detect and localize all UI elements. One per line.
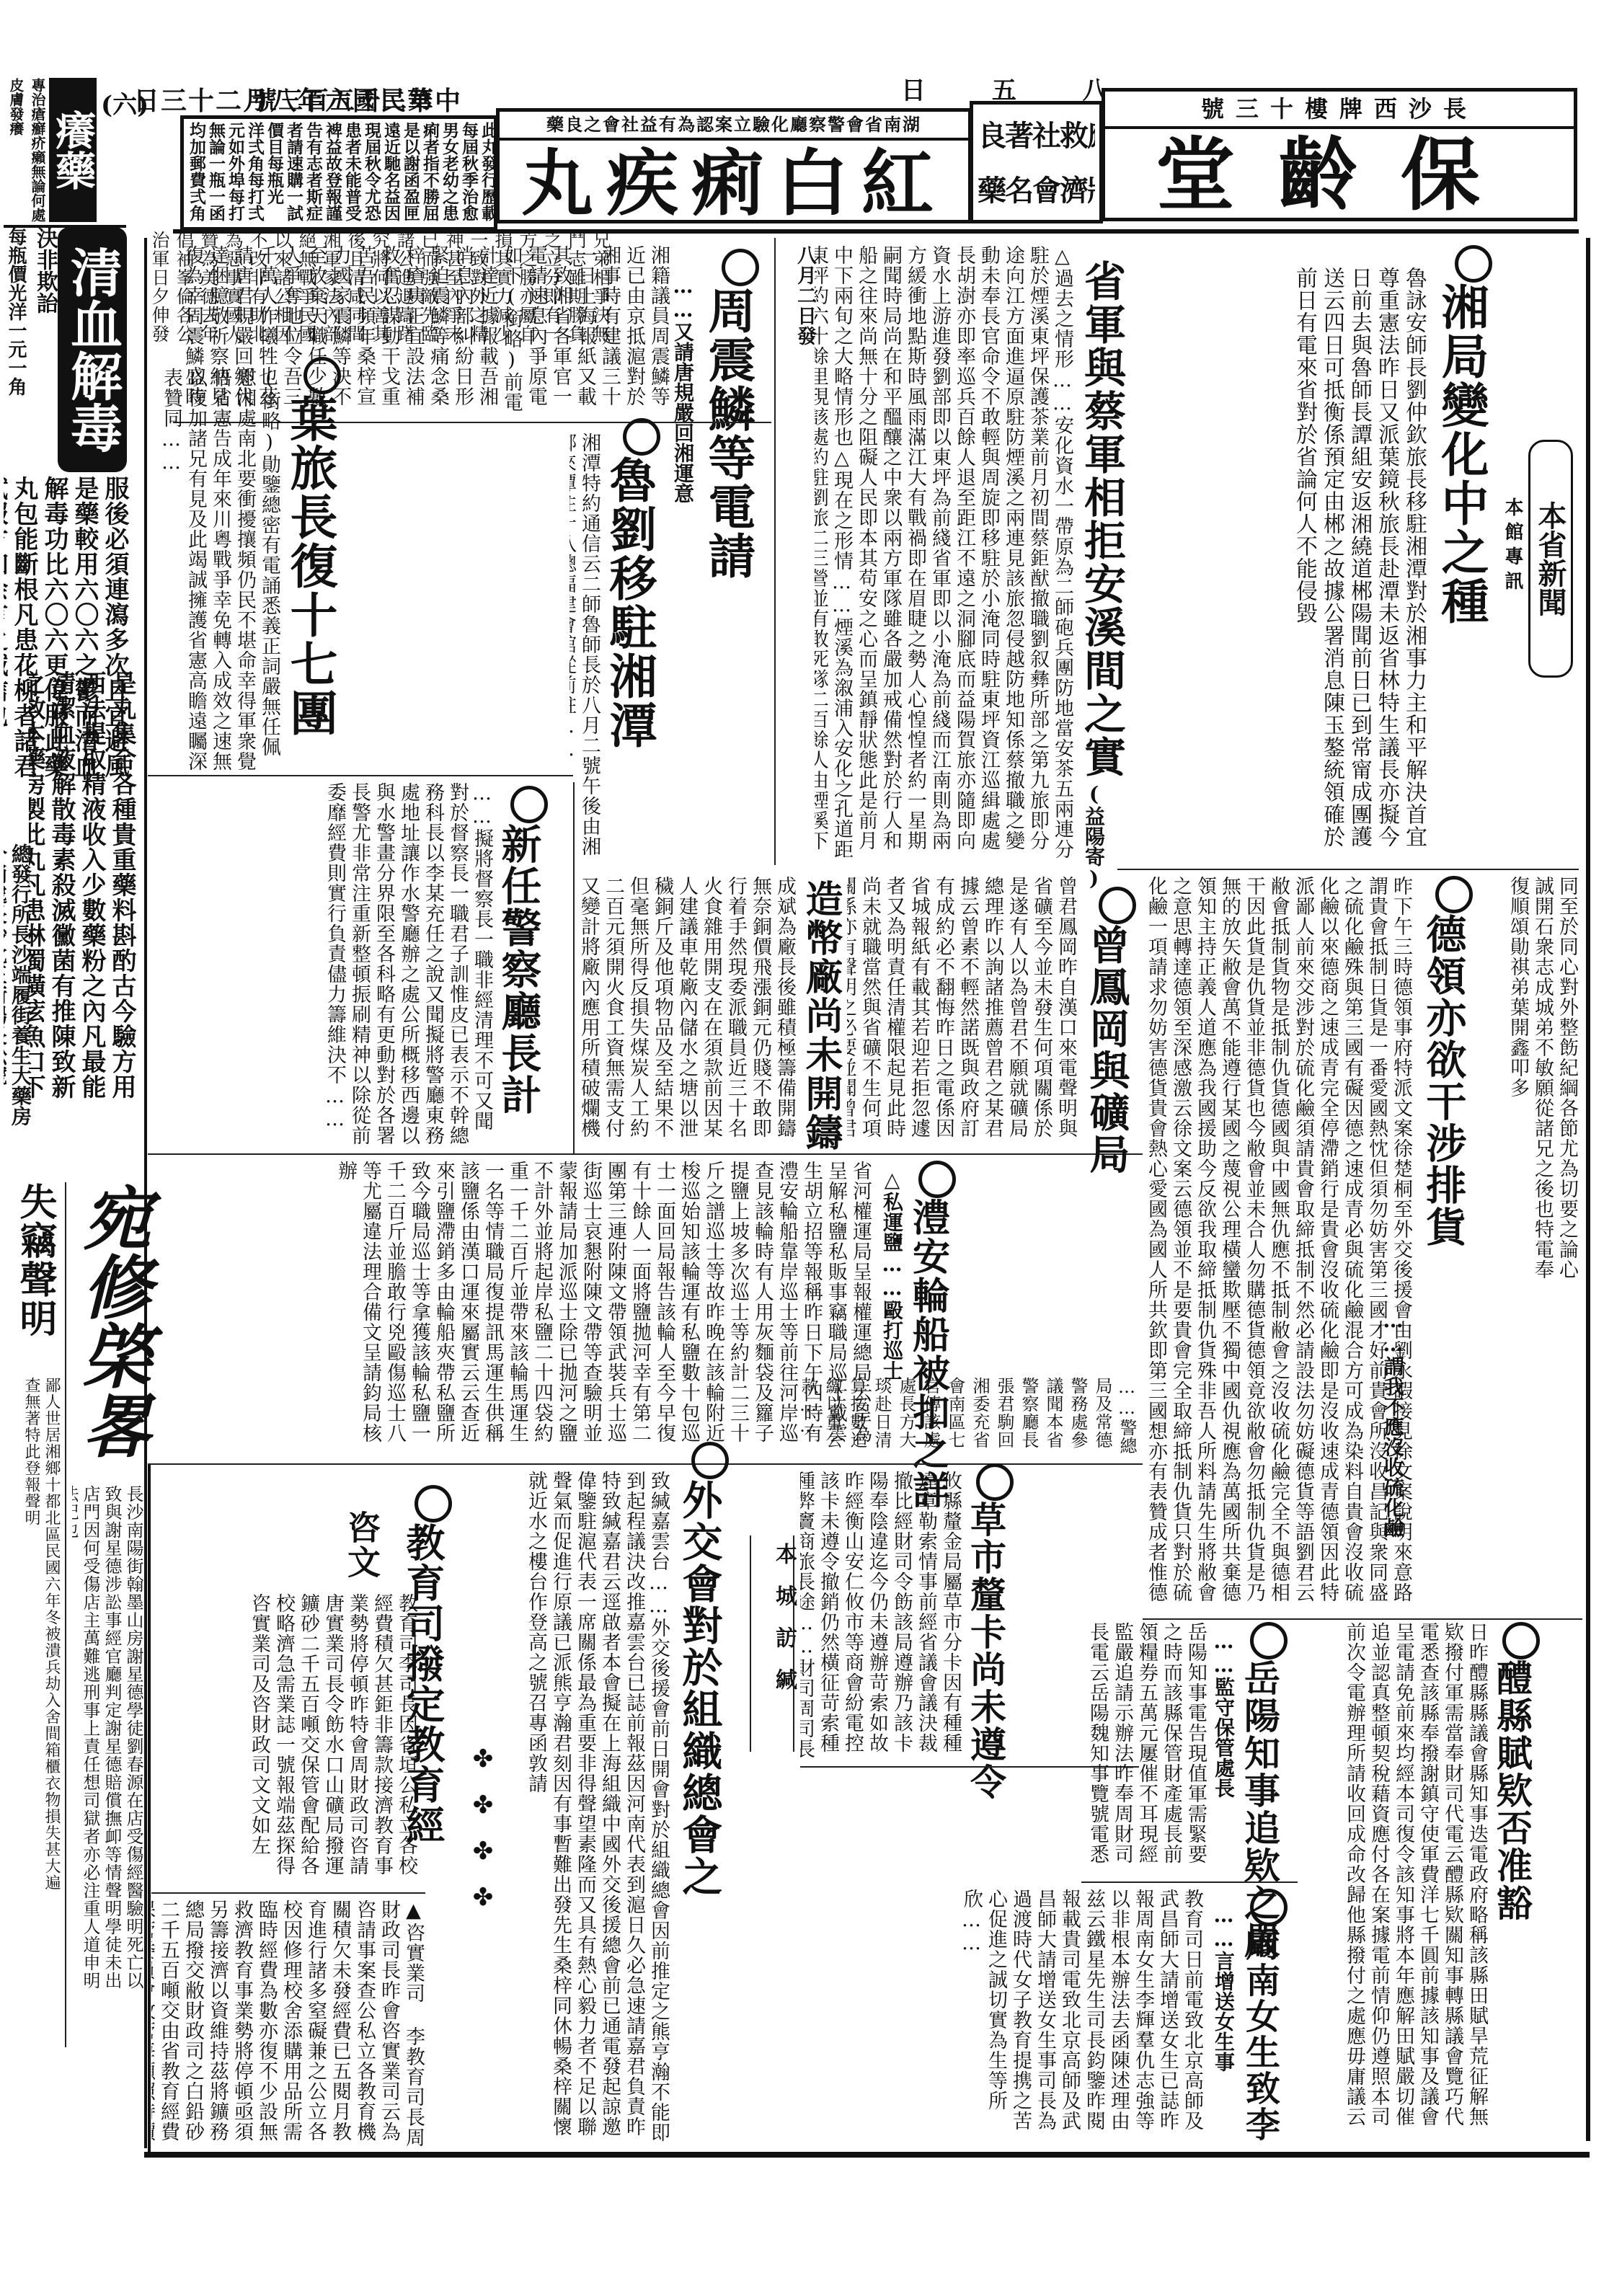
bullet-circle-icon [1502,1622,1540,1659]
article-de-ling-body: 昨下午三時德領事府特派文案徐楚桐至外交後援會由劉永嘏接見徐文案說明來意路謂貴會抵… [1146,876,1413,1611]
bullet-circle-icon [976,1463,1014,1501]
wanmiao-title: 宛修棨畧 [76,1182,148,1485]
bullet-circle-icon [1250,1889,1288,1926]
article-jiao-yu-extra: ▲咨實業司 李教育司長周財政司長昨會咨實業司云為咨請事案查公私立各教育機關積欠未… [151,1900,425,2148]
article-sheng-jun-body: △過去之情形……安化資水一帶原為二師砲兵團防地當安茶五兩連分駐於煙溪東坪保護茶業… [815,245,1074,865]
divider [65,1182,66,2047]
article-sheng-jun-body-cont: 八月二日發 [782,245,817,865]
article-cao-shi-top: ……警總局及常德警務處參議聞本省警察廳長張君駒回湘委充省會南區七官傳該處處長方大… [800,1377,1139,1463]
divider [750,1535,751,1752]
itch-medicine-ad-text: 專治瘡癬疥癩無論何處皮膚發癢 [4,78,48,222]
bullet-circle-icon [623,418,660,456]
article-wai-jiao-body: 致緘嘉雲台……外交後援會前日開會對於組織總會因前推定之熊亨瀚不能即到起程議決改推… [497,1471,670,2148]
qingxue-price-1: 決非欺詒 [32,227,57,314]
article-yue-body: 岳陽知事電告現值軍需緊要之時而該縣保管財產處長前領糧券五萬元屢催不耳現經監嚴追請… [1089,1622,1207,1874]
bullet-circle-icon [303,357,341,394]
red-white-pill-ad: 藥良之會社益有為認案立驗化廳察警會省南湖 丸疾痢白紅 [496,108,972,223]
qiuying-line1: 良著社救應秋 [978,109,1095,164]
wanmiao-text: 長沙南陽街翰墨山房謝星德學徒劉春源在店受傷經醫驗明死亡以致與謝星德涉訟事經官廳判… [72,1485,144,1990]
headline-xiang-ju: 湘局變化中之種種消息 [1435,245,1492,649]
divider [148,775,573,776]
article-xiang-ju-body: 魯詠安師長劉仲欽旅長移駐湘潭對於湘事力主和平解決首宜尊重憲法昨日又派葉鏡秋旅長赴… [1125,267,1427,858]
baoling-name: 堂齡保 [1105,129,1574,221]
divider [573,782,575,1153]
section-local-news: 本省新聞 [1528,440,1573,678]
price-box-ad: 此丸發行歷載每屆秋季治愈男女老幼之患痢者指不勝屈是以謝函盈匣遠近馳名益因現屆秋令… [180,115,497,231]
headline-zhou-zhenlin: 周震鱗等電請息爭 [703,249,759,624]
headline-zao-bi-chang: 造幣廠尚未開鑄原因 [800,879,848,1153]
section-local-sub: 本館專訊 [1499,497,1526,595]
section-city-news: 本城訪緘 [768,1543,799,1710]
itch-medicine-ad-title: 癢藥 [49,78,97,222]
headline-wai-jiao-hui: 外交會對於組織總會之積 [674,1442,729,1903]
divider [151,1892,425,1894]
headline-xin-ren-jing-cha: 新任警察廳長計畫 [497,786,548,1146]
article-jiao-yu-sub: 咨文 [346,1510,389,1597]
article-li-an-body: 省河權運局呈報權運總局云呈為呈解私鹽私販事竊職局巡士戴雲生胡立招等報稱昨日下午四… [151,1161,872,1456]
qingxue-pill-footer: 總發行所長沙端履街養生大藥房 分銷處長沙北正街楊長松號 [4,843,32,1153]
article-zao-bi-chang-body: 成斌為廠長後雖積極籌備開鑄無奈銅價飛漲銅元仍賤不敢即行着手然現委派職員近三十名火… [577,876,797,1150]
baoling-tang-ad: 號三十樓牌西沙長 堂齡保 [1102,88,1577,221]
bullet-circle-icon [415,1485,452,1522]
headline-sheng-jun: 省軍與蔡軍相拒安溪間之實況 [1074,260,1129,779]
divider [1143,1618,1582,1620]
bullet-circle-icon [691,1442,729,1479]
column-divider [148,1463,151,2155]
divider [1081,1881,1298,1883]
article-sheng-jun-source: (益陽寄) [1081,782,1106,890]
article-ye-brigade-top: 兄弟相爭決無鬥志雖期勝負之立分即有一方之勝亦屬自損其實力減少一致對外之精神甚至內… [151,231,613,360]
article-cao-shi-body: 攸縣釐金局屬草市分卡因有種種違章勒索情事前經省議會議決裁撤比經財司令飭該局遵辦乃… [800,1471,962,1759]
article-li-xian-body: 日昨醴縣縣議會縣知事迭電政府略稱該縣田賦旱荒征解無欵撥付軍需當奉財司代電云醴縣欵… [1298,1622,1489,2141]
headline-zeng-fengang: 曾鳳岡與礦局總 [1081,887,1136,1175]
article-zhou-nan-body: 教育司日前電致北京高師及武昌師大請增送女生已誌昨報周南女生李輝羣仇志強等以非根本… [800,1889,1204,2148]
divider [148,1153,1143,1155]
article-de-ling-tail: 同至於同心對外整飭紀綱各節尤為切要之論心誠開石衆志成城弟不敏願從諸兄之後也特電奉… [1478,876,1579,1280]
bullet-circle-icon [1455,245,1492,283]
shiqie-text: 鄙人世居湘鄉十都北區民國六年冬被潰兵劫入舍間箱櫃衣物損失甚大遍查無著特此登報聲明 [4,1377,61,1896]
article-zeng-fengang-body: 曾君鳳岡昨自漢口來電聲明與省礦至今並未發生何項關係於是遂有人以為曾君不願就礦局總… [847,876,1078,1150]
headline-zhou-nan: 周南女生致李司長函 [1240,1889,1288,2148]
bullet-circle-icon [510,786,548,823]
qingxue-price-2: 每瓶價光洋一元一角 [4,227,28,443]
page-border [1586,238,1590,2141]
headline-li-xian: 醴縣賦欵否准豁免 [1492,1622,1540,1946]
pill-ad-strip: 藥良之會社益有為認案立驗化廳察警會省南湖 [500,112,968,141]
divider [1117,869,1579,870]
bullet-circle-icon [1435,876,1473,913]
article-xin-ren-body: ……擬將督察長一職非經清理不可又聞對於督察長一職君子訓惟皮已表示不幹總務科長以李… [151,782,494,1150]
article-yue-sub: ……監守保管處長 [1211,1629,1236,1867]
headline-de-ling: 德領亦欲干涉排貨運動耶 [1417,876,1473,1280]
article-ye-brigade-body: (銜略)勛鑒總密有電誦悉義正詞嚴無任佩慰湘處南北要衝擾攘頻仍民不堪命幸得軍衆覺悟… [151,368,281,771]
qingxue-pill-title: 清血解毒丸 [58,227,127,472]
headline-lu-liu: 魯劉移駐湘潭情形 [604,418,660,779]
qiuying-society-ad: 良著社救應秋 藥名會濟將季 [970,101,1103,223]
bullet-circle-icon [1250,1622,1288,1659]
qingxue-pill-body: 是丸集合各種貴重藥料斟酌古今驗方用西法提取精液收入少數藥粉之內凡最能清潔血液解散… [29,670,137,1103]
headline-ye-brigade: 葉旅長復十七團長電 [285,357,341,761]
bullet-circle-icon [918,1161,956,1198]
divider [774,238,776,865]
article-zhou-zhenlin-sub: ……又請唐規嚴回湘運意 [670,274,695,548]
page-bottom-rule [144,2152,1590,2158]
price-box-columns: 此丸發行歷載每屆秋季治愈男女老幼之患痢者指不勝屈是以謝函盈匣遠近馳名益因現屆秋令… [187,122,498,229]
issue-number: 號三百五千二第 [252,81,434,116]
shiqie-title: 失竊聲明 [14,1182,62,1370]
qiuying-line2: 藥名會濟將季 [978,164,1095,218]
headline-cao-shi: 草市釐卡尚未遵令裁撤 [966,1463,1014,1824]
divider [793,1535,794,1752]
article-jiao-yu-body: 教育司李司長因省垣公私立各校經費積欠甚鉅非籌款接濟教育事業勢將停頓昨特會周財政司… [151,1593,418,1889]
pill-ad-name: 丸疾痢白紅 [500,141,968,226]
bullet-circle-icon [1099,887,1136,924]
baoling-strip: 號三十樓牌西沙長 [1105,92,1574,129]
article-zhou-nan-sub: ……言增送女生事 [1211,1903,1236,2091]
bullet-circle-icon [722,249,759,286]
